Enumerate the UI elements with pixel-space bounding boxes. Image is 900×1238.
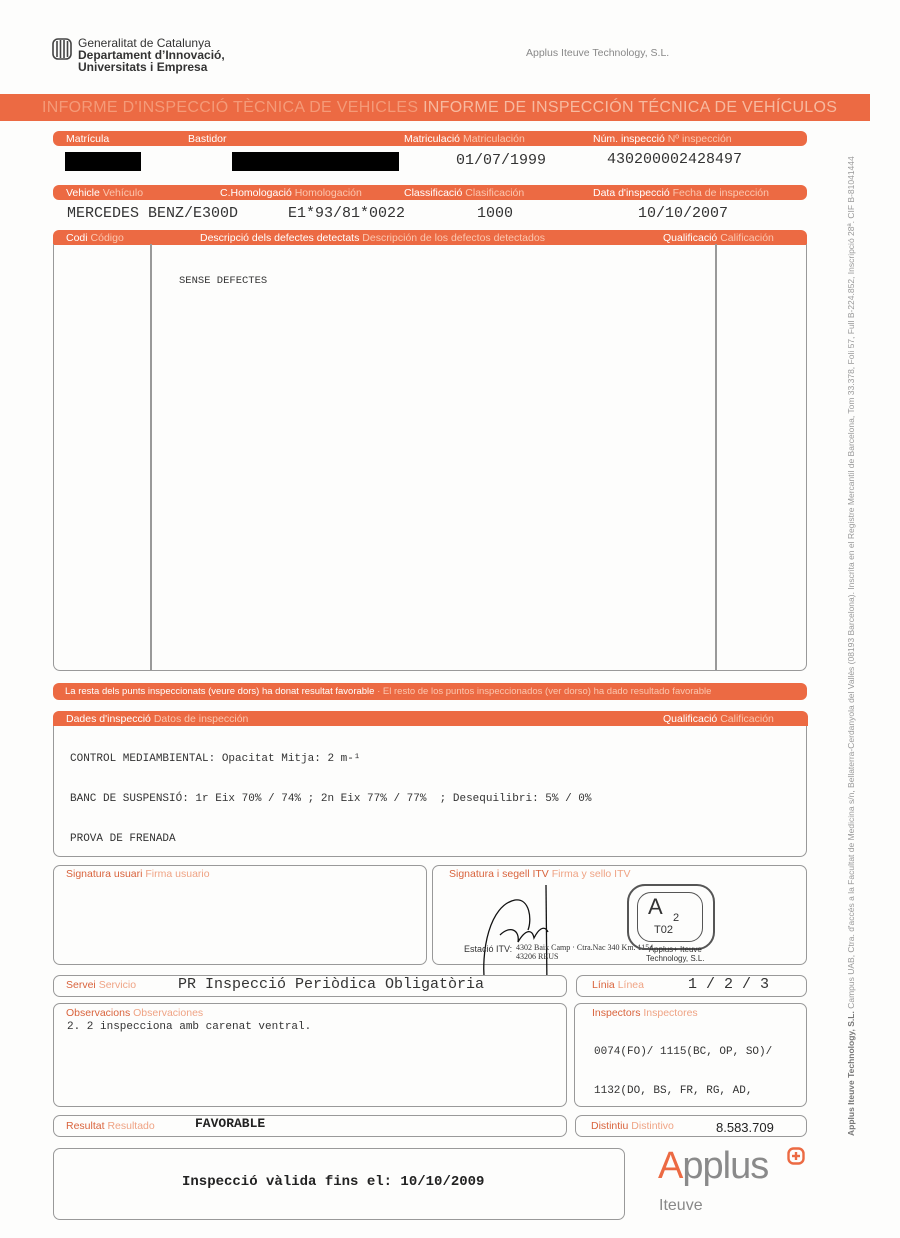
matriculacio-value: 01/07/1999: [456, 152, 546, 169]
label-linia: Línia Línea: [592, 979, 644, 991]
label-signatura-usuari: Signatura usuari Firma usuario: [66, 868, 210, 880]
company-name: Applus Iteuve Technology, S.L.: [526, 47, 669, 59]
num-inspeccio-value: 430200002428497: [607, 151, 742, 168]
distinctive-value: 8.583.709: [716, 1120, 774, 1135]
label-homologacio: C.Homologació Homologación: [220, 187, 362, 199]
stamp-company: Applus+ Iteuve Technology, S.L.: [646, 945, 705, 963]
side-legal-text: Applus Iteuve Technology, S.L. Campus UA…: [846, 156, 856, 1136]
label-bastidor: Bastidor: [188, 133, 227, 145]
label-classificacio: Classificació Clasificación: [404, 187, 524, 199]
label-dades: Dades d'inspecció Datos de inspección: [66, 713, 248, 725]
divider: [150, 244, 152, 670]
applus-logo: Applus: [658, 1145, 768, 1188]
validity-text: Inspecció vàlida fins el: 10/10/2009: [182, 1174, 484, 1190]
observations-value: 2. 2 inspecciona amb carenat ventral.: [67, 1021, 311, 1033]
label-matriculacio: Matriculació Matriculación: [404, 133, 525, 145]
report-title: INFORME D'INSPECCIÓ TÈCNICA DE VEHICLES …: [42, 99, 837, 117]
defects-text: SENSE DEFECTES: [179, 275, 267, 287]
result-value: FAVORABLE: [195, 1116, 265, 1131]
bastidor-redacted: [232, 152, 399, 171]
label-data-inspeccio: Data d'inspecció Fecha de inspección: [593, 187, 769, 199]
homologacio-value: E1*93/81*0022: [288, 205, 405, 222]
defects-table: [53, 244, 807, 671]
station-label: Estació ITV:: [464, 944, 512, 954]
issuer-block: Generalitat de Catalunya Departament d’I…: [78, 37, 225, 73]
notice-text: La resta dels punts inspeccionats (veure…: [65, 686, 711, 697]
line-value: 1 / 2 / 3: [688, 976, 769, 993]
issuer-line3: Universitats i Empresa: [78, 60, 207, 74]
label-matricula: Matrícula: [66, 133, 109, 145]
label-qualificacio-2: Qualificació Calificación: [663, 713, 774, 725]
matricula-redacted: [65, 152, 141, 171]
report-title-es: INFORME DE INSPECCIÓN TÉCNICA DE VEHÍCUL…: [423, 99, 837, 116]
label-signatura-itv: Signatura i segell ITV Firma y sello ITV: [449, 868, 631, 880]
divider: [715, 244, 717, 670]
handwritten-signature-icon: [470, 880, 590, 990]
data-inspeccio-value: 10/10/2007: [638, 205, 728, 222]
applus-plus-icon: [787, 1147, 805, 1165]
inspection-line: CONTROL MEDIAMBIENTAL: Opacitat Mitja: 2…: [70, 753, 592, 766]
label-distintiu: Distintiu Distintivo: [591, 1120, 674, 1132]
label-qualificacio: Qualificació Calificación: [663, 232, 774, 244]
generalitat-logo-icon: [52, 38, 72, 60]
applus-sub: Iteuve: [659, 1197, 703, 1215]
report-title-ca: INFORME D'INSPECCIÓ TÈCNICA DE VEHICLES: [42, 99, 418, 116]
service-value: PR Inspecció Periòdica Obligatòria: [178, 976, 484, 993]
inspector-line: 0074(FO)/ 1115(BC, OP, SO)/: [594, 1046, 772, 1059]
inspector-line: 1132(DO, BS, FR, RG, AD,: [594, 1085, 772, 1098]
user-signature-box: [53, 865, 427, 965]
itv-stamp-icon: A 2 T02: [627, 884, 715, 950]
label-descripcio: Descripció dels defectes detectats Descr…: [200, 232, 545, 244]
classificacio-value: 1000: [477, 205, 513, 222]
inspection-line: BANC DE SUSPENSIÓ: 1r Eix 70% / 74% ; 2n…: [70, 793, 592, 806]
label-observacions: Observacions Observaciones: [66, 1007, 203, 1019]
vehicle-value: MERCEDES BENZ/E300D: [67, 205, 238, 222]
label-inspectors: Inspectors Inspectores: [592, 1007, 698, 1019]
label-codi: Codi Código: [66, 232, 124, 244]
label-vehicle: Vehicle Vehículo: [66, 187, 143, 199]
label-resultat: Resultat Resultado: [66, 1120, 155, 1132]
label-servei: Servei Servicio: [66, 979, 136, 991]
label-num-inspeccio: Núm. inspecció Nº inspección: [593, 133, 732, 145]
inspection-line: PROVA DE FRENADA: [70, 833, 592, 846]
